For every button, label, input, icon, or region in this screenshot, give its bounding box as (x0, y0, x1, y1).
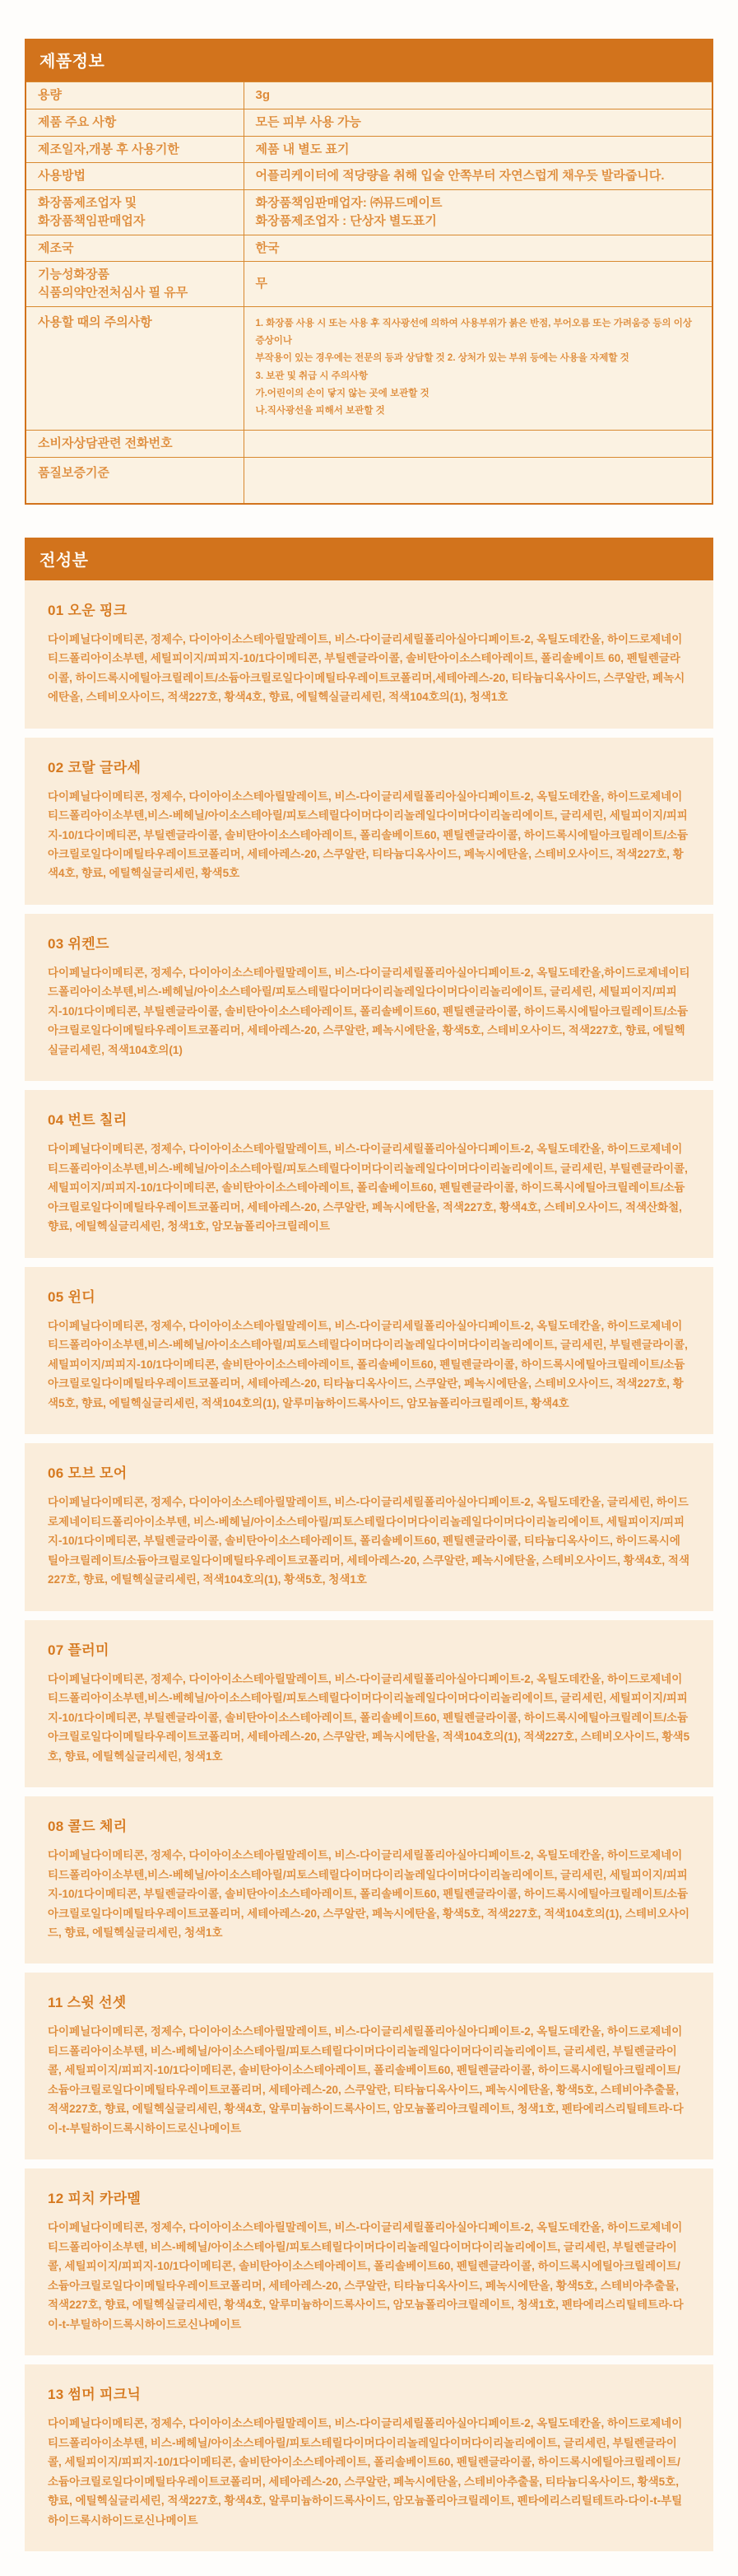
product-info-header: 제품정보 (25, 39, 713, 82)
row-label: 사용방법 (26, 163, 244, 190)
row-value: 어플리케이터에 적당량을 취해 입술 안쪽부터 자연스럽게 채우듯 발라줍니다. (244, 163, 712, 190)
shade-number: 04 (48, 1112, 64, 1128)
shade-ingredients: 다이페닐다이메티콘, 정제수, 다이아이소스테아릴말레이트, 비스-다이글리세릴… (48, 630, 690, 707)
shade-name: 썸머 피크닉 (68, 2387, 142, 2402)
shade-title: 02 코랄 글라세 (48, 756, 690, 776)
shade-ingredients: 다이페닐다이메티콘, 정제수, 다이아이소스테아릴말레이트, 비스-다이글리세릴… (48, 1846, 690, 1942)
row-label: 제조일자,개봉 후 사용기한 (26, 136, 244, 163)
shade-ingredients: 다이페닐다이메티콘, 정제수, 다이아이소스테아릴말레이트, 비스-다이글리세릴… (48, 2022, 690, 2138)
shade-section: 08 콜드 체리 다이페닐다이메티콘, 정제수, 다이아이소스테아릴말레이트, … (25, 1796, 713, 1963)
shade-name: 모브 모어 (68, 1465, 128, 1481)
shade-section: 06 모브 모어 다이페닐다이메티콘, 정제수, 다이아이소스테아릴말레이트, … (25, 1443, 713, 1610)
table-row: 소비자상담관련 전화번호 (26, 431, 712, 458)
table-row: 용량 3g (26, 82, 712, 109)
shade-name: 스윗 선셋 (67, 1995, 127, 2010)
product-info-table: 용량 3g 제품 주요 사항 모든 피부 사용 가능 제조일자,개봉 후 사용기… (25, 82, 713, 505)
table-row: 품질보증기준 (26, 458, 712, 504)
ingredients-section: 전성분 01 오운 핑크 다이페닐다이메티콘, 정제수, 다이아이소스테아릴말레… (25, 538, 713, 2552)
table-row-caution: 사용할 때의 주의사항 1. 화장품 사용 시 또는 사용 후 직사광선에 의하… (26, 306, 712, 431)
shade-number: 01 (48, 603, 64, 618)
row-value: 무 (244, 262, 712, 307)
row-value: 화장품책임판매업자: ㈜뮤드메이트 화장품제조업자 : 단상자 별도표기 (244, 190, 712, 235)
row-label: 품질보증기준 (26, 458, 244, 504)
shade-title: 03 위켄드 (48, 932, 690, 953)
table-row: 화장품제조업자 및 화장품책임판매업자 화장품책임판매업자: ㈜뮤드메이트 화장… (26, 190, 712, 235)
table-row: 제조일자,개봉 후 사용기한 제품 내 별도 표기 (26, 136, 712, 163)
shade-title: 04 번트 칠리 (48, 1108, 690, 1129)
shade-title: 01 오운 핑크 (48, 599, 690, 619)
table-row: 사용방법 어플리케이터에 적당량을 취해 입술 안쪽부터 자연스럽게 채우듯 발… (26, 163, 712, 190)
row-value: 제품 내 별도 표기 (244, 136, 712, 163)
row-label: 용량 (26, 82, 244, 109)
row-label: 제품 주요 사항 (26, 109, 244, 136)
row-value: 3g (244, 82, 712, 109)
shade-number: 12 (48, 2191, 64, 2206)
row-value (244, 458, 712, 504)
shade-title: 08 콜드 체리 (48, 1814, 690, 1835)
shade-section: 11 스윗 선셋 다이페닐다이메티콘, 정제수, 다이아이소스테아릴말레이트, … (25, 1973, 713, 2159)
row-label: 제조국 (26, 235, 244, 262)
shade-name: 윈디 (68, 1289, 95, 1305)
shade-number: 08 (48, 1819, 64, 1834)
shade-number: 02 (48, 760, 64, 776)
shade-title: 07 플러미 (48, 1638, 690, 1659)
shade-name: 콜드 체리 (68, 1819, 128, 1834)
shade-ingredients: 다이페닐다이메티콘, 정제수, 다이아이소스테아릴말레이트, 비스-다이글리세릴… (48, 1670, 690, 1766)
shade-ingredients: 다이페닐다이메티콘, 정제수, 다이아이소스테아릴말레이트, 비스-다이글리세릴… (48, 1493, 690, 1589)
shade-name: 오운 핑크 (68, 603, 128, 618)
row-label: 기능성화장품 식품의약안전처심사 필 유무 (26, 262, 244, 307)
product-info-section: 제품정보 용량 3g 제품 주요 사항 모든 피부 사용 가능 제조일자,개봉 … (25, 39, 713, 505)
shade-number: 13 (48, 2387, 64, 2402)
row-value (244, 431, 712, 458)
shade-title: 06 모브 모어 (48, 1461, 690, 1482)
shade-title: 13 썸머 피크닉 (48, 2383, 690, 2403)
shade-title: 11 스윗 선셋 (48, 1991, 690, 2011)
shade-section: 01 오운 핑크 다이페닐다이메티콘, 정제수, 다이아이소스테아릴말레이트, … (25, 580, 713, 729)
row-value: 모든 피부 사용 가능 (244, 109, 712, 136)
shade-section: 12 피치 카라멜 다이페닐다이메티콘, 정제수, 다이아이소스테아릴말레이트,… (25, 2168, 713, 2355)
shade-name: 코랄 글라세 (68, 760, 142, 776)
shade-number: 03 (48, 936, 64, 952)
shade-number: 07 (48, 1642, 64, 1658)
shade-name: 위켄드 (68, 936, 109, 952)
shade-ingredients: 다이페닐다이메티콘, 정제수, 다이아이소스테아릴말레이트, 비스-다이글리세릴… (48, 2218, 690, 2334)
shade-number: 06 (48, 1465, 64, 1481)
shade-section: 03 위켄드 다이페닐다이메티콘, 정제수, 다이아이소스테아릴말레이트, 비스… (25, 914, 713, 1081)
shade-ingredients: 다이페닐다이메티콘, 정제수, 다이아이소스테아릴말레이트, 비스-다이글리세릴… (48, 2414, 690, 2530)
shade-section: 13 썸머 피크닉 다이페닐다이메티콘, 정제수, 다이아이소스테아릴말레이트,… (25, 2364, 713, 2551)
row-value: 한국 (244, 235, 712, 262)
shade-number: 11 (48, 1995, 63, 2010)
row-label: 사용할 때의 주의사항 (26, 306, 244, 431)
shade-name: 번트 칠리 (68, 1112, 128, 1128)
shade-name: 피치 카라멜 (68, 2191, 142, 2206)
shade-section: 07 플러미 다이페닐다이메티콘, 정제수, 다이아이소스테아릴말레이트, 비스… (25, 1620, 713, 1787)
shade-section: 05 윈디 다이페닐다이메티콘, 정제수, 다이아이소스테아릴말레이트, 비스-… (25, 1267, 713, 1434)
shade-ingredients: 다이페닐다이메티콘, 정제수, 다이아이소스테아릴말레이트, 비스-다이글리세릴… (48, 1316, 690, 1413)
shade-number: 05 (48, 1289, 64, 1305)
table-row: 제품 주요 사항 모든 피부 사용 가능 (26, 109, 712, 136)
row-label: 소비자상담관련 전화번호 (26, 431, 244, 458)
shade-ingredients: 다이페닐다이메티콘, 정제수, 다이아이소스테아릴말레이트, 비스-다이글리세릴… (48, 787, 690, 883)
shade-title: 05 윈디 (48, 1285, 690, 1306)
shade-section: 02 코랄 글라세 다이페닐다이메티콘, 정제수, 다이아이소스테아릴말레이트,… (25, 738, 713, 905)
shade-ingredients: 다이페닐다이메티콘, 정제수, 다이아이소스테아릴말레이트, 비스-다이글리세릴… (48, 1139, 690, 1236)
shade-title: 12 피치 카라멜 (48, 2187, 690, 2207)
shade-name: 플러미 (68, 1642, 109, 1658)
table-row: 제조국 한국 (26, 235, 712, 262)
ingredients-header: 전성분 (25, 538, 713, 580)
shade-section: 04 번트 칠리 다이페닐다이메티콘, 정제수, 다이아이소스테아릴말레이트, … (25, 1090, 713, 1257)
product-detail-page: 제품정보 용량 3g 제품 주요 사항 모든 피부 사용 가능 제조일자,개봉 … (0, 0, 738, 2576)
row-value: 1. 화장품 사용 시 또는 사용 후 직사광선에 의하여 사용부위가 붉은 반… (244, 306, 712, 431)
table-row: 기능성화장품 식품의약안전처심사 필 유무 무 (26, 262, 712, 307)
shade-ingredients: 다이페닐다이메티콘, 정제수, 다이아이소스테아릴말레이트, 비스-다이글리세릴… (48, 963, 690, 1060)
row-label: 화장품제조업자 및 화장품책임판매업자 (26, 190, 244, 235)
